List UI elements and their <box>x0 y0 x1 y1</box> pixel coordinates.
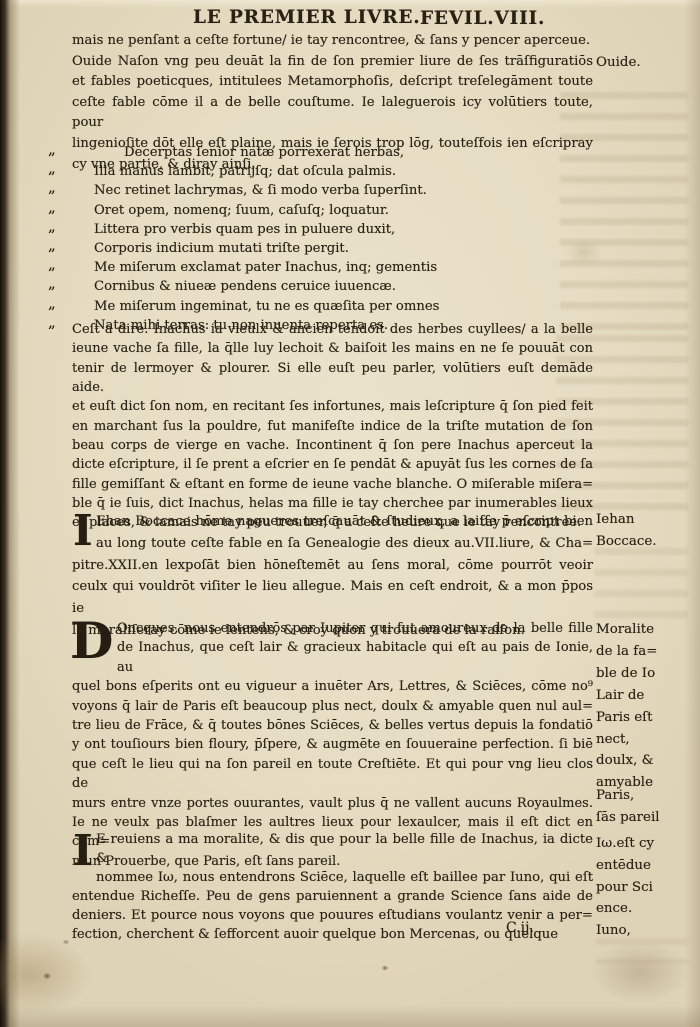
text-line: nommee Iω, nous entendrons Sciēce, laque… <box>72 869 593 888</box>
text-line: beau corps de vierge en vache. Incontine… <box>72 436 593 455</box>
quotation-mark: „ <box>48 178 55 197</box>
margin-note-line: pour Sci <box>596 877 680 899</box>
text-line: ieune vache ſa fille, la q̄lle luy lecho… <box>72 339 593 358</box>
text-line: murs entre vnze portes ouurantes, vault … <box>72 794 593 813</box>
folio-number: FEVIL.VIII. <box>420 8 545 29</box>
margin-note-line: Boccace. <box>596 531 680 553</box>
text-line: et euſt dict ſon nom, en recitant ſes in… <box>72 397 593 416</box>
verse-line: „Illa manus lambit, patrijſq; dat oſcula… <box>94 162 566 181</box>
verse-line: „Cornibus & niueæ pendens ceruice iuuenc… <box>94 277 566 296</box>
margin-note-line: Iuno, <box>596 920 680 942</box>
text-line: Ouide Naſon vng peu deuāt la fin de ſon … <box>72 52 593 73</box>
text-line: et fables poeticques, intitulees Metamor… <box>72 72 593 93</box>
verse-line: „Decerptas ſenior natæ porrexerat herbas… <box>94 143 566 162</box>
margin-note-paris: Paris, ſās pareil <box>596 785 680 829</box>
margin-note-line: nect, <box>596 729 680 751</box>
quotation-mark: „ <box>48 236 55 255</box>
verse-line: „Oret opem, nomenq; ſuum, caſuſq; loquat… <box>94 201 566 220</box>
text-line: Ehan Boccace hōme nagueres treſcauāt & ſ… <box>72 511 593 533</box>
text-line: ceſte fable cōme il a de belle couſtume.… <box>72 93 593 134</box>
quotation-mark: „ <box>48 313 55 332</box>
margin-note-moralite: Moralite de la fa= ble de Io Lair de Par… <box>596 619 680 794</box>
margin-note-line: ſās pareil <box>596 807 680 829</box>
margin-note-line: Iehan <box>596 509 680 531</box>
margin-note-line: ble de Io <box>596 663 680 685</box>
margin-note-line: Moralite <box>596 619 680 641</box>
text-line: Oncques, nous entendrōs par Iupiter qui … <box>72 619 593 638</box>
text-line: ceulx qui vouldrōt viſiter le lieu alleg… <box>72 576 593 620</box>
quotation-mark: „ <box>48 159 55 178</box>
text-line: y ont touſiours bien floury, p̄ſpere, & … <box>72 735 593 754</box>
margin-note-line: Lair de <box>596 685 680 707</box>
margin-note-line: Paris, <box>596 785 680 807</box>
text-line: Ceſt a dire. Inachus ia vieulx & ancien … <box>72 320 593 339</box>
text-line: que ceſt le lieu qui na ſon pareil en to… <box>72 755 593 794</box>
verse-line: „Me miſerum exclamat pater Inachus, inq;… <box>94 258 566 277</box>
paragraph-explanation: Ceſt a dire. Inachus ia vieulx & ancien … <box>72 320 593 533</box>
margin-note-line: Iω.eſt cy <box>596 833 680 855</box>
text-line: voyons q̄ lair de Paris eſt beaucoup plu… <box>72 697 593 716</box>
verse-line: „Corporis indicium mutati triſte pergit. <box>94 239 566 258</box>
margin-note-line: Ouide. <box>596 52 680 74</box>
text-line: tre lieu de Frāce, & q̄ toutes bōnes Sci… <box>72 716 593 735</box>
margin-note-line: de la fa= <box>596 641 680 663</box>
text-line: dicte eſcripture, il ſe prent a eſcrier … <box>72 455 593 474</box>
text-line: en marchant ſus la pouldre, fut manifeſt… <box>72 417 593 436</box>
quotation-mark: „ <box>48 294 55 313</box>
book-page-scan: LE PREMIER LIVRE. FEVIL.VIII. mais ne pe… <box>0 0 700 1027</box>
margin-note-boccace: Iehan Boccace. <box>596 509 680 553</box>
verse-line: „Me miſerum ingeminat, tu ne es quæſita … <box>94 297 566 316</box>
margin-note-line: doulx, & <box>596 750 680 772</box>
verse-line: „Nec retinet lachrymas, & ſi modo verba … <box>94 181 566 200</box>
text-line: de Inachus, que ceſt lair & gracieux hab… <box>72 638 593 677</box>
text-line: tenir de lermoyer & plourer. Si elle euſ… <box>72 359 593 398</box>
margin-note-io: Iω.eſt cy entēdue pour Sci ence. Iuno, <box>596 833 680 942</box>
text-line: E reuiens a ma moralite, & dis que pour … <box>72 831 593 869</box>
quotation-mark: „ <box>48 198 55 217</box>
quotation-mark: „ <box>48 217 55 236</box>
margin-note-line: entēdue <box>596 855 680 877</box>
quotation-mark: „ <box>48 255 55 274</box>
text-line: mais ne penſant a ceſte fortune/ ie tay … <box>72 31 593 52</box>
margin-note-line: Paris eſt <box>596 707 680 729</box>
signature-mark: C.ij. <box>506 920 534 936</box>
margin-note-ouide: Ouide. <box>596 52 680 74</box>
margin-note-line: ence. <box>596 898 680 920</box>
text-line: quel bons eſperits ont eu vigueur a inuē… <box>72 677 593 696</box>
quotation-mark: „ <box>48 274 55 293</box>
running-title: LE PREMIER LIVRE. <box>193 7 421 28</box>
quotation-mark: „ <box>48 140 55 159</box>
latin-verse-block: „Decerptas ſenior natæ porrexerat herbas… <box>94 143 566 335</box>
bleedthrough-artifact <box>594 548 688 618</box>
verse-line: „Littera pro verbis quam pes in puluere … <box>94 220 566 239</box>
text-line: fille gemiſſant & eſtant en forme de ieu… <box>72 475 593 494</box>
text-line: pitre.XXII.en lexpoſāt bien hōneſtemēt a… <box>72 555 593 577</box>
text-line: au long toute ceſte fable en ſa Genealog… <box>72 533 593 555</box>
text-line: entendue Richeſſe. Peu de gens paruienne… <box>72 888 593 907</box>
